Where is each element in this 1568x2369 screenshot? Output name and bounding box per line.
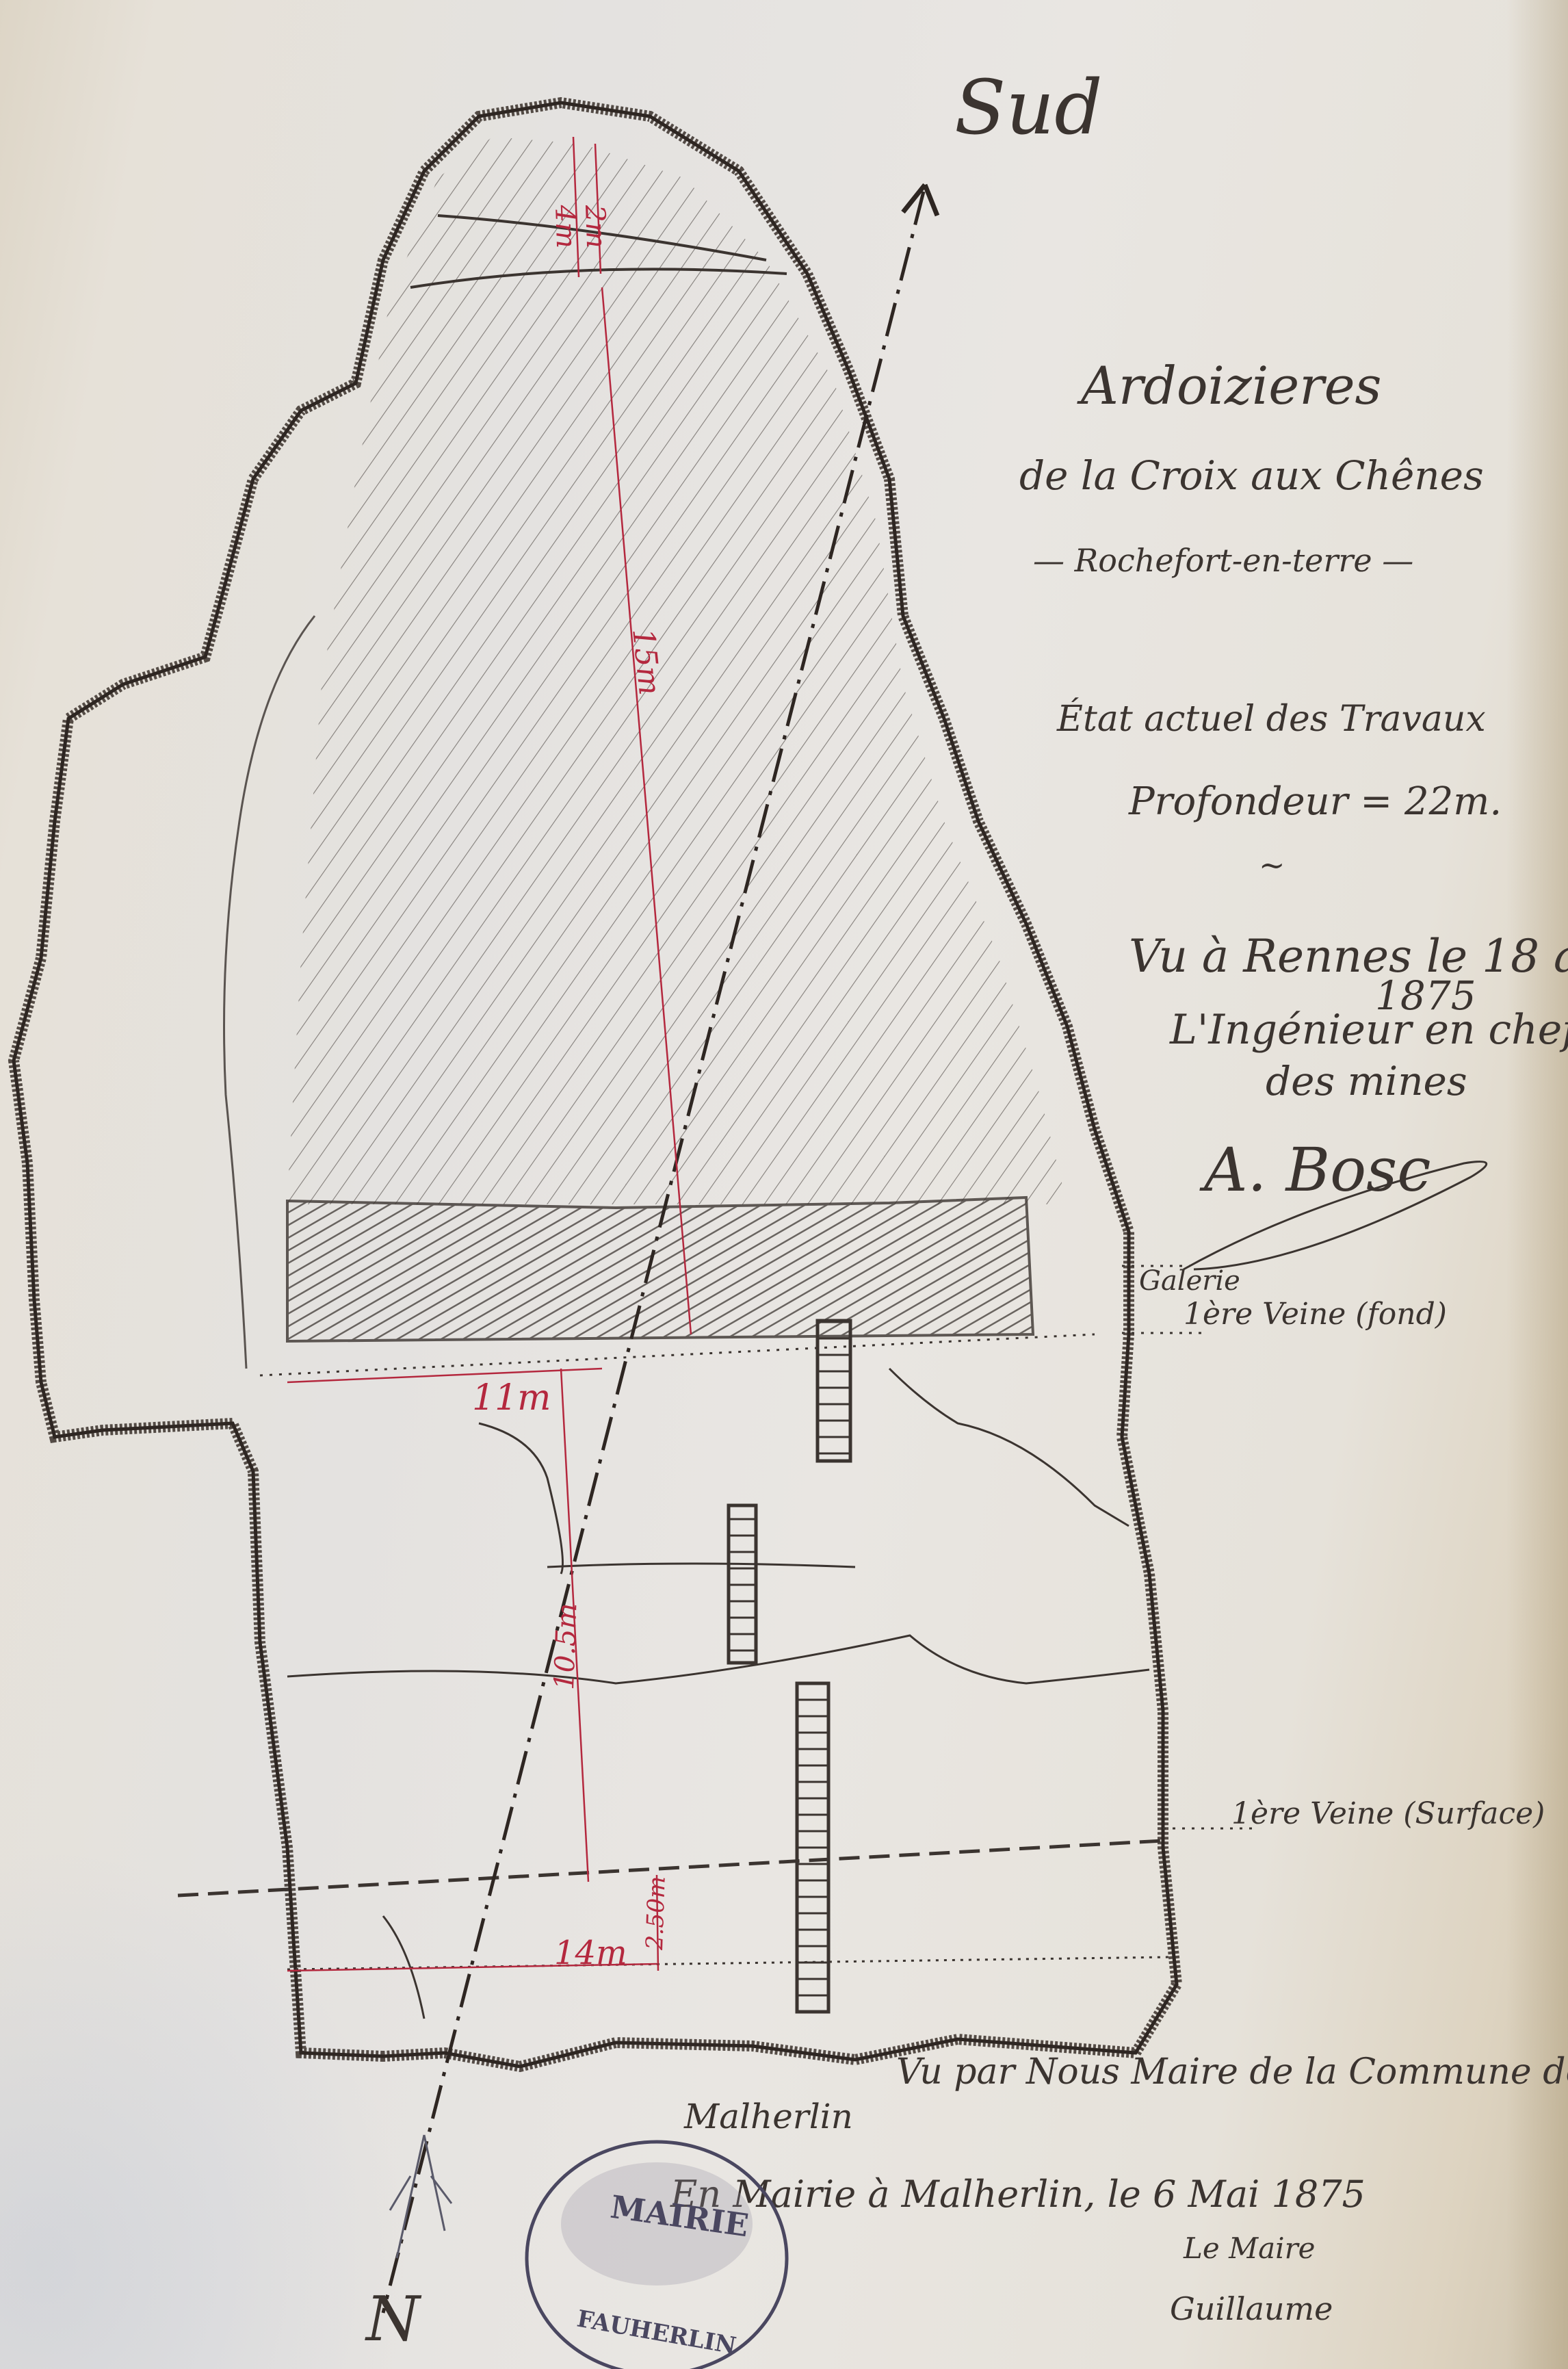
engineer-signature: A. Bosc bbox=[1199, 1135, 1431, 1205]
document-subtitle: de la Croix aux Chênes bbox=[1019, 452, 1484, 499]
mairie-stamp: MAIRIE FAUHERLIN bbox=[527, 2142, 787, 2369]
document-depth-line: Profondeur = 22m. bbox=[1128, 779, 1502, 824]
document-title: Ardoizieres bbox=[1077, 355, 1382, 416]
mayor-signature: Guillaume bbox=[1170, 2290, 1333, 2327]
dimension-label: 2.50m bbox=[641, 1876, 671, 1951]
level-lines bbox=[178, 1266, 1252, 1969]
dimension-label: 14m bbox=[554, 1934, 627, 1972]
rock-cracks bbox=[287, 1369, 1149, 2019]
dimension-label: 15m bbox=[625, 627, 667, 697]
document-location: — Rochefort-en-terre — bbox=[1033, 542, 1413, 579]
mine-plan-drawing: 4m 2m 15m 11m 10.5m 14m 2.50m Sud N Ardo… bbox=[0, 0, 1568, 2369]
dimension-label: 11m bbox=[472, 1377, 551, 1419]
stamp-ring-text: FAUHERLIN bbox=[575, 2305, 738, 2360]
galerie-label: Galerie bbox=[1139, 1265, 1240, 1297]
mayor-commune: Malherlin bbox=[683, 2097, 853, 2136]
dimension-label: 10.5m bbox=[549, 1603, 583, 1691]
approval-line-2: L'Ingénieur en chef bbox=[1169, 1006, 1568, 1054]
flourish-mark: ~ bbox=[1259, 846, 1285, 883]
document-state-line: État actuel des Travaux bbox=[1056, 697, 1486, 740]
dimension-label: 4m bbox=[549, 204, 582, 249]
approval-line-1: Vu à Rennes le 18 août bbox=[1129, 930, 1568, 983]
compass-north-label: N bbox=[365, 2283, 422, 2355]
mayor-title: Le Maire bbox=[1183, 2231, 1316, 2265]
upper-excavation-hatch bbox=[287, 137, 1067, 1204]
approval-line-3: des mines bbox=[1266, 1058, 1467, 1104]
compass-south-label: Sud bbox=[954, 64, 1103, 151]
mayor-line-1: Vu par Nous Maire de la Commune de bbox=[896, 2051, 1568, 2093]
dimension-label: 2m bbox=[579, 204, 612, 249]
vein-surface-label: 1ère Veine (Surface) bbox=[1231, 1796, 1545, 1831]
vein-bottom-label: 1ère Veine (fond) bbox=[1184, 1297, 1447, 1332]
